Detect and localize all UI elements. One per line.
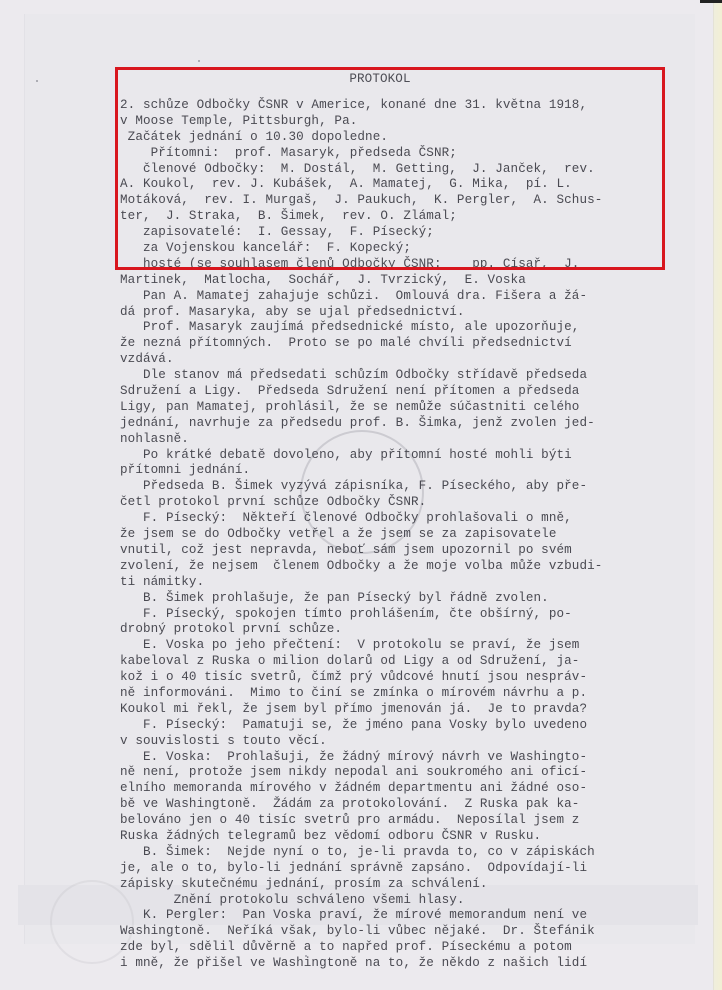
document-line: Ligy, pan Mamatej, prohlásil, že se nemů…	[120, 400, 602, 416]
document-line: jednání, navrhuje za předsedu prof. B. Š…	[120, 416, 602, 432]
document-line: ně informováni. Mimo to činí se zmínka o…	[120, 686, 602, 702]
document-line: ně není, protože jsem nikdy nepodal ani …	[120, 765, 602, 781]
document-line: 2. schůze Odbočky ČSNR v Americe, konané…	[120, 98, 602, 114]
document-line: že jsem se do Odbočky vetřel a že jsem s…	[120, 527, 602, 543]
document-line: v Moose Temple, Pittsburgh, Pa.	[120, 114, 602, 130]
document-line: dá prof. Masaryka, aby se ujal předsedni…	[120, 305, 602, 321]
document-line: F. Písecký: Někteří členové Odbočky proh…	[120, 511, 602, 527]
document-line: zde byl, sdělil důvěrně a to napřed prof…	[120, 940, 602, 956]
typewritten-document: PROTOKOL 2. schůze Odbočky ČSNR v Americ…	[120, 72, 680, 120]
document-line: Koukol mi řekl, že jsem byl přímo jmenov…	[120, 702, 602, 718]
document-line: že nezná přítomných. Proto se po malé ch…	[120, 336, 602, 352]
document-line: Předseda B. Šimek vyzývá zápisníka, F. P…	[120, 479, 602, 495]
document-body: 2. schůze Odbočky ČSNR v Americe, konané…	[120, 98, 602, 972]
document-line: Dle stanov má předsedati schůzím Odbočky…	[120, 368, 602, 384]
document-line: je, ale o to, bylo-li jednání správně za…	[120, 861, 602, 877]
document-line: v souvislosti s touto věcí.	[120, 734, 602, 750]
document-line: Martinek, Matlocha, Sochář, J. Tvrzický,…	[120, 273, 602, 289]
dust-speck	[198, 60, 200, 62]
document-line: F. Písecký, spokojen tímto prohlášením, …	[120, 607, 602, 623]
document-line: Ruska žádných telegramů bez vědomí odbor…	[120, 829, 602, 845]
document-line: Prof. Masaryk zaujímá předsednické místo…	[120, 320, 602, 336]
document-line: K. Pergler: Pan Voska praví, že mírové m…	[120, 908, 602, 924]
document-line: hosté (se souhlasem členů Odbočky ČSNR: …	[120, 257, 602, 273]
document-line: zápisky skutečnému jednání, prosím za sc…	[120, 877, 602, 893]
document-line: ti námitky.	[120, 575, 602, 591]
document-line: A. Koukol, rev. J. Kubášek, A. Mamatej, …	[120, 177, 602, 193]
document-line: Přítomni: prof. Masaryk, předseda ČSNR;	[120, 146, 602, 162]
document-line: Znění protokolu schváleno všemi hlasy.	[120, 893, 602, 909]
document-line: vnutil, což jest nepravda, neboť sám jse…	[120, 543, 602, 559]
document-line: E. Voska: Prohlašuji, že žádný mírový ná…	[120, 750, 602, 766]
document-line: vzdává.	[120, 352, 602, 368]
document-line: Začátek jednání o 10.30 dopoledne.	[120, 130, 602, 146]
document-title: PROTOKOL	[120, 72, 640, 88]
document-line: za Vojenskou kancelář: F. Kopecký;	[120, 241, 602, 257]
document-line: elního memoranda mírového v žádném depar…	[120, 781, 602, 797]
document-line: četl protokol první schůze Odbočky ČSNR.	[120, 495, 602, 511]
document-line: kabeloval z Ruska o milion dolarů od Lig…	[120, 654, 602, 670]
document-line: F. Písecký: Pamatuji se, že jméno pana V…	[120, 718, 602, 734]
document-line: Po krátké debatě dovoleno, aby přítomní …	[120, 448, 602, 464]
document-line: i mně, že přišel ve Washingtoně na to, ž…	[120, 956, 602, 972]
document-line: belováno jen o 40 tisíc svetrů pro armád…	[120, 813, 602, 829]
document-line: B. Šimek prohlašuje, že pan Písecký byl …	[120, 591, 602, 607]
document-line: E. Voska po jeho přečtení: V protokolu s…	[120, 638, 602, 654]
scan-corner-shadow	[700, 0, 722, 3]
document-line: Motáková, rev. I. Murgaš, J. Paukuch, K.…	[120, 193, 602, 209]
document-line: nohlasně.	[120, 432, 602, 448]
document-line: Pan A. Mamatej zahajuje schůzi. Omlouvá …	[120, 289, 602, 305]
dust-speck	[36, 80, 38, 82]
document-line: Sdružení a Ligy. Předseda Sdružení není …	[120, 384, 602, 400]
document-line: kož i o 40 tisíc svetrů, čímž prý vůdcov…	[120, 670, 602, 686]
document-line: zapisovatelé: I. Gessay, F. Písecký;	[120, 225, 602, 241]
document-line: bě ve Washingtoně. Žádám za protokolován…	[120, 797, 602, 813]
document-line: ter, J. Straka, B. Šimek, rev. O. Zlámal…	[120, 209, 602, 225]
document-line: B. Šimek: Nejde nyní o to, je-li pravda …	[120, 845, 602, 861]
document-line: přítomni jednání.	[120, 463, 602, 479]
document-line: členové Odbočky: M. Dostál, M. Getting, …	[120, 162, 602, 178]
document-line: zvolení, že nejsem členem Odbočky a že m…	[120, 559, 602, 575]
scan-edge-strip	[713, 0, 722, 990]
document-line: drobný protokol první schůze.	[120, 622, 602, 638]
document-line: Washingtoně. Neříká však, bylo-li vůbec …	[120, 924, 602, 940]
